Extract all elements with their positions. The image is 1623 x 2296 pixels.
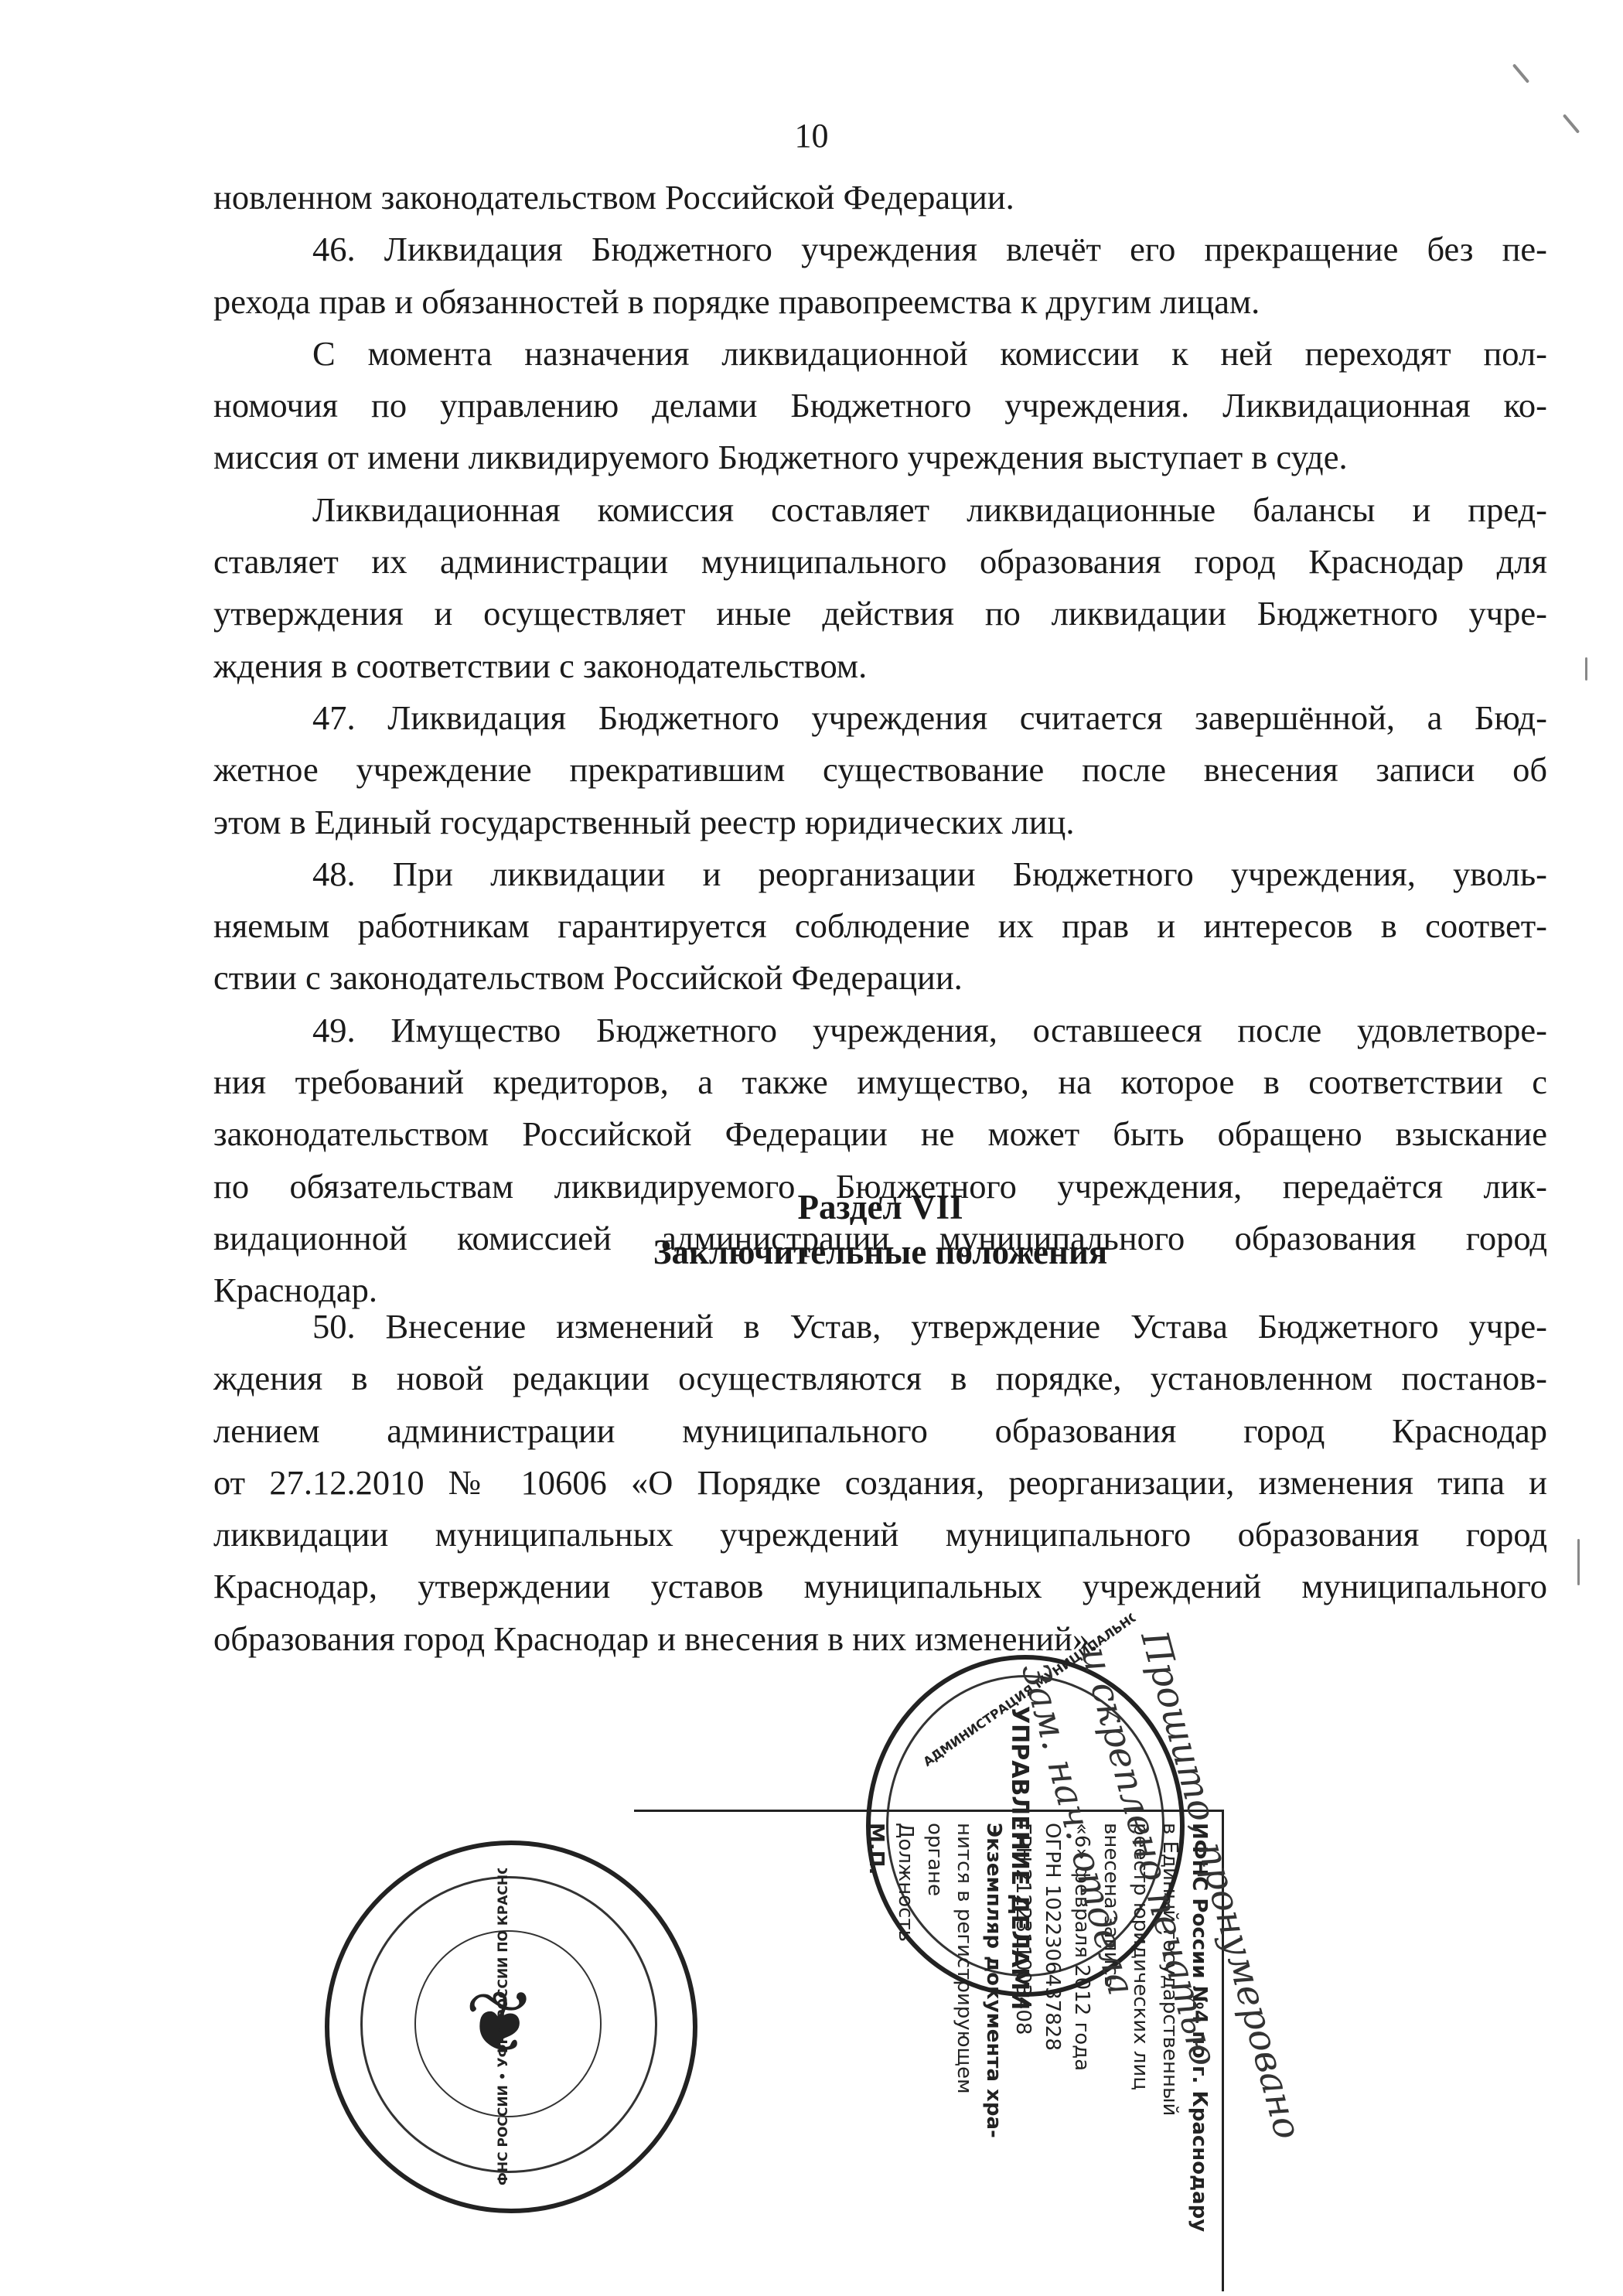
scan-mark [1577,1539,1580,1585]
paragraph: Ликвидационная комиссия составляет ликви… [213,484,1547,692]
section-title: Заключительные положения [213,1230,1547,1274]
paragraph: С момента назначения ликвидационной коми… [213,328,1547,484]
stamps-area: ❦ ФНС РОССИИ • УФНС РОССИИ ПО КРАСНОДАРС… [325,1609,1562,2289]
registration-line: Экземпляр документа хра- [979,1823,1008,2281]
paragraph: 48. При ликвидации и реорганизации Бюдже… [213,848,1547,1005]
text-line: няемым работникам гарантируется соблюден… [213,900,1547,952]
text-line: ликвидации муниципальных учреждений муни… [213,1509,1547,1561]
registration-line: М.П. [861,1823,891,2281]
text-line: этом в Единый государственный реестр юри… [213,797,1547,848]
registration-line: нится в регистрирующем [950,1823,979,2281]
text-line: рехода прав и обязанностей в порядке пра… [213,276,1547,328]
text-line: миссия от имени ликвидируемого Бюджетног… [213,432,1547,483]
text-line: Ликвидационная комиссия составляет ликви… [213,484,1547,536]
text-line: ствии с законодательством Российской Фед… [213,952,1547,1004]
scan-mark [1512,63,1529,84]
text-line: жетное учреждение прекратившим существов… [213,744,1547,796]
text-line: ждения в новой редакции осуществляются в… [213,1353,1547,1404]
text-line: от 27.12.2010 № 10606 «О Порядке создани… [213,1457,1547,1509]
text-line: С момента назначения ликвидационной коми… [213,328,1547,380]
text-line: номочия по управлению делами Бюджетного … [213,380,1547,432]
text-line: ждения в соответствии с законодательство… [213,640,1547,692]
text-line: 47. Ликвидация Бюджетного учреждения счи… [213,692,1547,744]
registration-line: ГРН 2122311003408 [1008,1823,1038,2281]
registration-line: органе [920,1823,950,2281]
body-text-top: новленном законодательством Российской Ф… [213,172,1547,1317]
scan-mark [1585,657,1587,681]
text-line: 48. При ликвидации и реорганизации Бюдже… [213,848,1547,900]
text-line: законодательством Российской Федерации н… [213,1108,1547,1160]
tax-seal-outer-text: ФНС РОССИИ • УФНС РОССИИ ПО КРАСНОДАРСКО… [496,1868,511,2185]
paragraph: новленном законодательством Российской Ф… [213,172,1547,223]
text-line: 50. Внесение изменений в Устав, утвержде… [213,1301,1547,1353]
text-line: лением администрации муниципального обра… [213,1405,1547,1457]
text-line: ставляет их администрации муниципального… [213,536,1547,588]
text-line: 46. Ликвидация Бюджетного учреждения вле… [213,223,1547,275]
text-line: 49. Имущество Бюджетного учреждения, ост… [213,1005,1547,1056]
page-number: 10 [0,116,1623,155]
paragraph: 47. Ликвидация Бюджетного учреждения счи… [213,692,1547,848]
paragraph: 46. Ликвидация Бюджетного учреждения вле… [213,223,1547,328]
section-number: Раздел VII [213,1185,1547,1230]
registration-line: Должность [891,1823,920,2281]
text-line: новленном законодательством Российской Ф… [213,172,1547,223]
text-line: ния требований кредиторов, а также имуще… [213,1056,1547,1108]
text-line: Краснодар, утверждении уставов муниципал… [213,1561,1547,1612]
text-line: утверждения и осуществляет иные действия… [213,588,1547,640]
